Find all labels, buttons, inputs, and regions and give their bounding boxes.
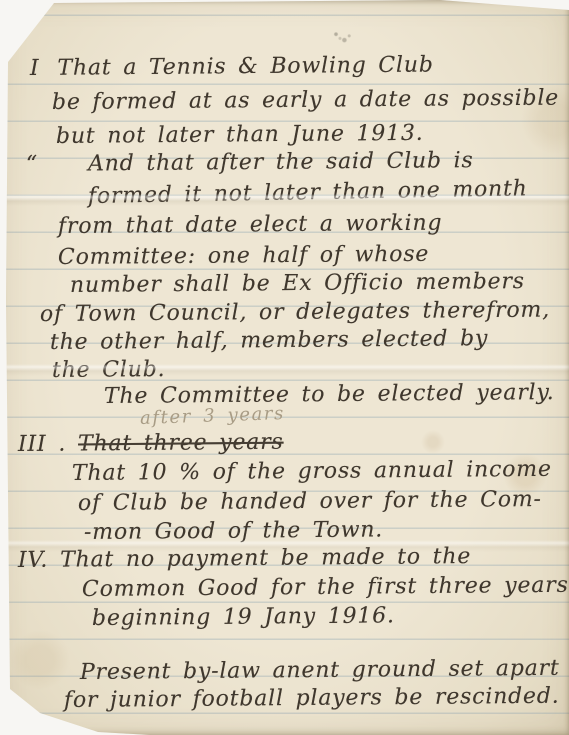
handwritten-line: but not later than June 1913. (56, 121, 424, 149)
handwritten-line: of Club be handed over for the Com- (78, 487, 542, 516)
handwritten-line: number shall be Ex Officio members (70, 269, 525, 298)
handwritten-line: Common Good for the first three years (82, 573, 569, 602)
handwritten-line: be formed at as early a date as possible (52, 86, 559, 115)
handwritten-line: of Town Council, or delegates therefrom, (40, 298, 550, 327)
line-text: That a Tennis & Bowling Club (57, 52, 433, 80)
struck-text: That three years (78, 430, 284, 457)
handwritten-line: for junior football players be rescinded… (64, 684, 560, 713)
handwritten-line: the Club. (52, 357, 166, 383)
handwritten-line: -mon Good of the Town. (84, 517, 383, 545)
handwritten-line: the other half, members elected by (50, 326, 488, 355)
paper-sheet: IThat a Tennis & Bowling Club be formed … (0, 0, 569, 735)
handwritten-line: IV.That no payment be made to the (18, 544, 471, 573)
item-numeral: III . (18, 432, 66, 457)
handwritten-line: beginning 19 Jany 1916. (92, 603, 395, 631)
handwritten-line: from that date elect a working (58, 211, 443, 239)
handwritten-line: III .That three years (18, 430, 284, 457)
handwritten-line: The Committee to be elected yearly. (104, 380, 555, 409)
item-numeral: IV. (18, 548, 48, 573)
pencil-smudge (332, 30, 352, 44)
item-numeral: I (30, 56, 40, 81)
line-text: That no payment be made to the (60, 544, 471, 573)
handwritten-line: IThat a Tennis & Bowling Club (30, 52, 434, 81)
line-text: And that after the said Club is (88, 148, 474, 176)
handwritten-line: Committee: one half of whose (58, 242, 429, 270)
handwritten-line: formed it not later than one month (88, 176, 528, 209)
ditto-mark: “ (26, 152, 38, 177)
handwritten-line: That 10 % of the gross annual income (72, 457, 552, 486)
pencil-annotation: after 3 years (140, 403, 286, 429)
handwritten-line: “And that after the said Club is (26, 148, 474, 177)
scanned-document: IThat a Tennis & Bowling Club be formed … (0, 0, 569, 735)
handwritten-line: Present by-law anent ground set apart (80, 656, 560, 685)
